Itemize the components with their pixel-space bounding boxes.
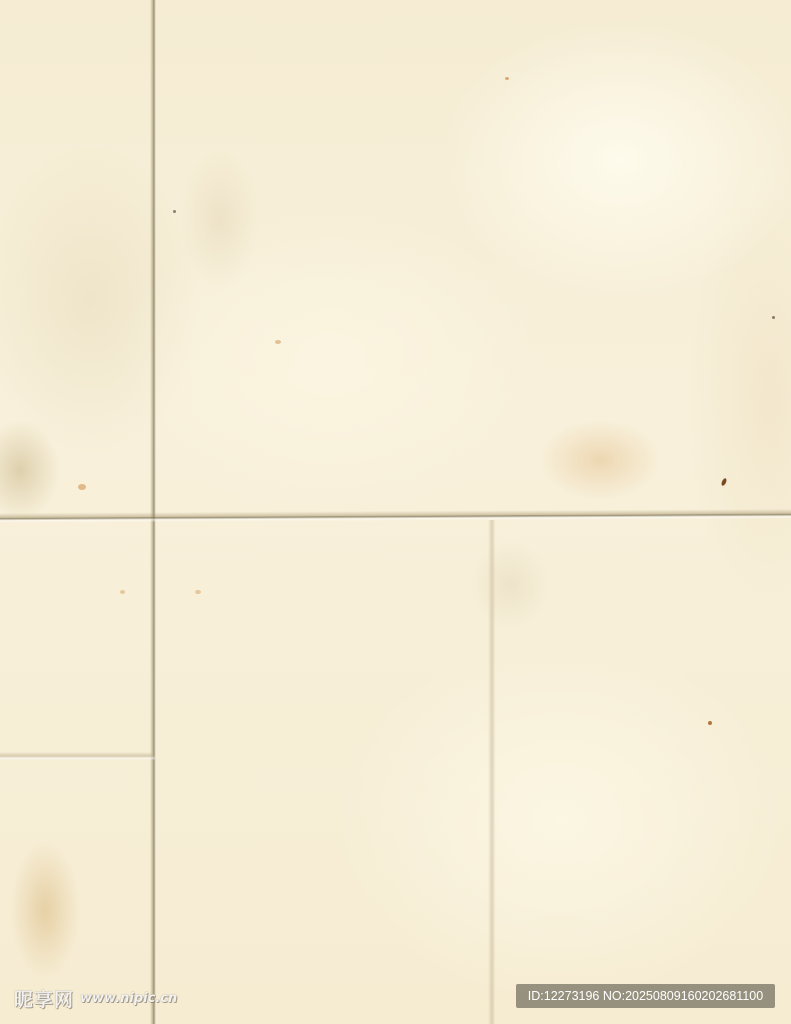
rust-speck — [708, 721, 712, 725]
foxing-spot — [78, 484, 86, 490]
foxing-spot — [195, 590, 201, 594]
watermark-url: www.nipic.cn — [80, 991, 177, 1006]
foxing-spot — [120, 590, 125, 594]
dust-speck — [772, 316, 775, 319]
site-watermark: 昵享网 www.nipic.cn — [14, 985, 177, 1011]
dust-speck — [173, 210, 176, 213]
aged-paper-texture: 昵享网 www.nipic.cn ID:12273196 NO:20250809… — [0, 0, 791, 1024]
stain-right-middle — [540, 420, 660, 500]
rust-speck — [720, 478, 727, 487]
stain-top — [180, 150, 260, 290]
stain-center — [470, 540, 550, 630]
horizontal-fold-crease-lower-left — [0, 752, 155, 760]
stain-left-bottom — [10, 840, 80, 980]
horizontal-fold-crease-middle — [0, 509, 791, 523]
foxing-spot — [505, 77, 509, 80]
foxing-spot — [275, 340, 281, 344]
stain-left-middle — [0, 420, 60, 520]
image-id-badge: ID:12273196 NO:20250809160202681100 — [516, 984, 775, 1008]
watermark-logo: 昵享网 — [14, 985, 74, 1012]
